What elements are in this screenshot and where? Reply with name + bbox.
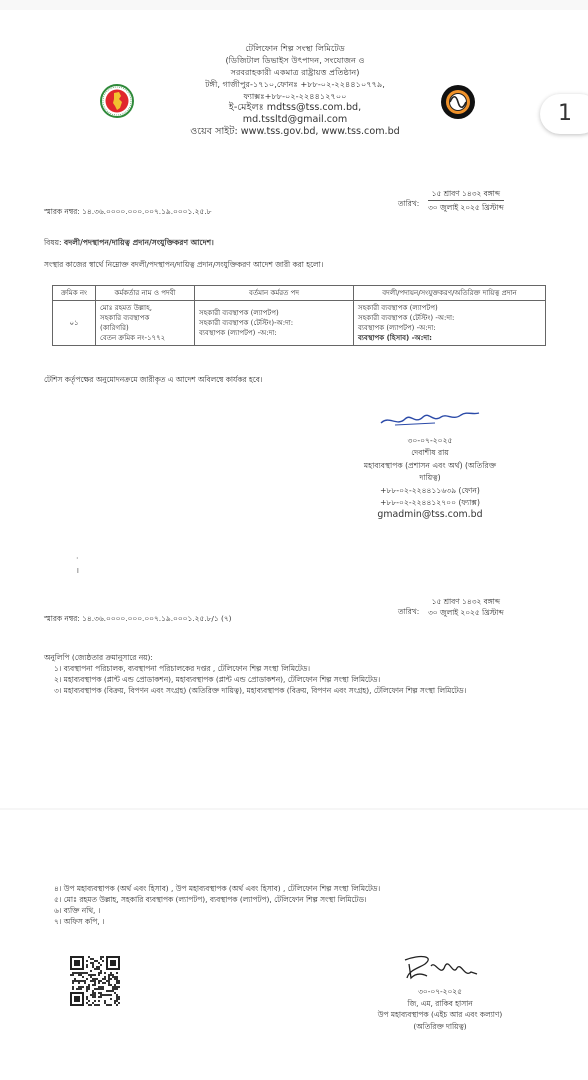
stray-dot: ·	[76, 553, 79, 565]
name-line: সহকারি ব্যবস্থাপক	[100, 313, 190, 323]
date-english: ৩০ জুলাই ২০২৫ খ্রিস্টাব্দ	[428, 202, 504, 213]
name-line: মোঃ রহমত উল্লাহ,	[100, 303, 190, 313]
copy-date-english: ৩০ জুলাই ২০২৫ খ্রিস্টাব্দ	[428, 607, 504, 618]
header-new: বদলী/পদায়ন/সংযুক্তকরণ/অতিরিক্ত দায়িত্ব…	[354, 286, 546, 301]
subject-text: বদলী/পদস্থাপন/দায়িত্ব প্রদান/সংযুক্তিকর…	[64, 238, 214, 247]
posting-table: ক্রমিক নং কর্মকর্তার নাম ও পদবী বর্তমান …	[52, 285, 546, 346]
date-bangla: ১৫ শ্রাবণ ১৪৩২ বঙ্গাব্দ	[428, 188, 504, 199]
list-item: ৫। মোঃ রহমত উল্লাহ, সহকারি ব্যবস্থাপক (ল…	[44, 894, 564, 905]
cell-name: মোঃ রহমত উল্লাহ, সহকারি ব্যবস্থাপক (কারি…	[96, 301, 195, 346]
effect-note: টেশিস কর্তৃপক্ষের অনুমোদনক্রমে জারীকৃত এ…	[44, 374, 263, 385]
copy-date-bangla: ১৫ শ্রাবণ ১৪৩২ বঙ্গাব্দ	[428, 596, 504, 607]
signature-1-icon	[375, 405, 485, 431]
list-item: ১। ব্যবস্থাপনা পরিচালক, ব্যবস্থাপনা পরিচ…	[44, 663, 564, 674]
header-current: বর্তমান কর্মরত পদ	[195, 286, 354, 301]
org-website: ওয়েব সাইট: www.tss.gov.bd, www.tss.com.…	[170, 126, 420, 138]
cc-list: অনুলিপি (জ্যেষ্ঠতার ক্রমানুসারে নয়): ১।…	[44, 652, 564, 696]
new-line: ব্যবস্থাপক (ল্যাপটপ) -অ:দা:	[358, 323, 541, 333]
list-item: ২। মহাব্যবস্থাপক (প্লান্ট এন্ড প্রোডাকশন…	[44, 674, 564, 685]
signatory-2-name: জি, এম, রাকিব হাসান	[340, 998, 540, 1010]
copy-date-label: তারিখ:	[398, 606, 419, 617]
signatory-1-fax: +৮৮-০২-২২৪৪১২৭০০ (ফ্যাক্স)	[330, 497, 530, 509]
signatory-2-block: ৩০-০৭-২০২৫ জি, এম, রাকিব হাসান উপ মহাব্য…	[340, 952, 540, 1032]
signatory-1-block: ৩০-০৭-২০২৫ দেবাশীষ রায় মহাব্যবস্থাপক (প…	[330, 405, 530, 522]
new-line: সহকারী ব্যবস্থাপক (টেস্টিং) -অ:দা:	[358, 313, 541, 323]
org-fax: ফ্যাক্সঃ+৮৮-০২-২২৪৪১২৭০০	[170, 90, 420, 102]
list-item: ৬। ব্যক্তি নথি, ।	[44, 905, 564, 916]
name-line: বেতন ক্রমিক নং-১৭৭২	[100, 333, 190, 343]
memo-number: স্মারক নম্বর: ১৪.৩৬.০০০০.০০০.০০৭.১৯.০০০১…	[44, 206, 211, 217]
table-row: ০১ মোঃ রহমত উল্লাহ, সহকারি ব্যবস্থাপক (ক…	[53, 301, 546, 346]
letterhead: টেলিফোন শিল্প সংস্থা লিমিটেড (ডিজিটাল ডি…	[170, 42, 420, 138]
page-number-indicator: 1	[540, 94, 588, 134]
stray-bar: ।	[76, 565, 79, 577]
cc-heading: অনুলিপি (জ্যেষ্ঠতার ক্রমানুসারে নয়):	[44, 652, 564, 663]
cell-new: সহকারী ব্যবস্থাপক (ল্যাপটপ) সহকারী ব্যবস…	[354, 301, 546, 346]
copy-memo-value: ১৪.৩৬.০০০০.০০০.০০৭.১৯.০০০১.২৫.৮/১ (৭)	[82, 614, 231, 623]
stray-marks: · ।	[76, 553, 79, 577]
org-email-2: md.tssltd@gmail.com	[170, 114, 420, 126]
org-desc-1: (ডিজিটাল ডিভাইস উৎপাদন, সংযোজন ও	[170, 54, 420, 66]
cell-serial: ০১	[53, 301, 96, 346]
viewer-top-bar	[0, 0, 588, 10]
signatory-1-date: ৩০-০৭-২০২৫	[330, 435, 530, 447]
list-item: ৭। অফিস কপি, ।	[44, 916, 564, 927]
org-name: টেলিফোন শিল্প সংস্থা লিমিটেড	[170, 42, 420, 54]
document-page-2	[0, 810, 588, 1080]
memo-label: স্মারক নম্বর:	[44, 207, 80, 216]
government-seal-logo	[100, 84, 134, 118]
intro-text: সংস্থার কাজের স্বার্থে নিম্নোক্ত বদলী/পদ…	[44, 259, 323, 270]
list-item: ৪। উপ মহাব্যবস্থাপক (অর্থ এবং হিসাব) , উ…	[44, 883, 564, 894]
header-serial: ক্রমিক নং	[53, 286, 96, 301]
signatory-1-email: gmadmin@tss.com.bd	[330, 509, 530, 521]
subject-line: বিষয়: বদলী/পদস্থাপন/দায়িত্ব প্রদান/সংয…	[44, 237, 214, 248]
copy-memo-label: স্মারক নম্বর:	[44, 614, 80, 623]
date-block: ১৫ শ্রাবণ ১৪৩২ বঙ্গাব্দ ৩০ জুলাই ২০২৫ খ্…	[428, 188, 504, 213]
signatory-2-designation-cont: (অতিরিক্ত দায়িত্ব)	[340, 1021, 540, 1033]
subject-label: বিষয়:	[44, 238, 62, 247]
signatory-1-phone: +৮৮-০২-২২৪৪১১৬৩৯ (ফোন)	[330, 485, 530, 497]
table-header-row: ক্রমিক নং কর্মকর্তার নাম ও পদবী বর্তমান …	[53, 286, 546, 301]
signature-2-icon	[395, 952, 485, 982]
new-line-bold: ব্যবস্থাপক (হিসাব) -অ:দা:	[358, 333, 541, 343]
tss-logo	[440, 84, 476, 120]
new-line: সহকারী ব্যবস্থাপক (ল্যাপটপ)	[358, 303, 541, 313]
copy-memo-number: স্মারক নম্বর: ১৪.৩৬.০০০০.০০০.০০৭.১৯.০০০১…	[44, 613, 232, 624]
signatory-1-name: দেবাশীষ রায়	[330, 447, 530, 459]
current-line: সহকারী ব্যবস্থাপক (ল্যাপটপ)	[199, 308, 349, 318]
header-name: কর্মকর্তার নাম ও পদবী	[96, 286, 195, 301]
signatory-1-designation-cont: দায়িত্ব)	[330, 472, 530, 484]
signatory-2-designation: উপ মহাব্যবস্থাপক (এইচ আর এবং কল্যাণ)	[340, 1009, 540, 1021]
cc-list-continued: ৪। উপ মহাব্যবস্থাপক (অর্থ এবং হিসাব) , উ…	[44, 883, 564, 927]
org-address-phone: টঙ্গী, গাজীপুর-১৭১০,ফোনঃ +৮৮-০২-২২৪৪১০৭৭…	[170, 78, 420, 90]
copy-date-block: ১৫ শ্রাবণ ১৪৩২ বঙ্গাব্দ ৩০ জুলাই ২০২৫ খ্…	[428, 596, 504, 618]
date-label: তারিখ:	[398, 198, 419, 209]
cell-current: সহকারী ব্যবস্থাপক (ল্যাপটপ) সহকারী ব্যবস…	[195, 301, 354, 346]
org-desc-2: সরবরাহকারী একমাত্র রাষ্ট্রায়ত্ত প্রতিষ্…	[170, 66, 420, 78]
date-separator	[428, 200, 504, 201]
qr-code-icon	[70, 956, 120, 1006]
current-line: ব্যবস্থাপক (ল্যাপটপ) -অ:দা:	[199, 328, 349, 338]
signatory-2-date: ৩০-০৭-২০২৫	[340, 986, 540, 998]
list-item: ৩। মহাব্যবস্থাপক (বিক্রয়, বিপণন এবং সংগ…	[44, 685, 564, 696]
name-line: (কারিগরি)	[100, 323, 190, 333]
current-line: সহকারী ব্যবস্থাপক (টেস্টিং)-অ:দা:	[199, 318, 349, 328]
org-email-1: ই-মেইলঃ mdtss@tss.com.bd,	[170, 102, 420, 114]
signatory-1-designation: মহাব্যবস্থাপক (প্রশাসন এবং অর্থ) (অতিরিক…	[330, 460, 530, 472]
memo-value: ১৪.৩৬.০০০০.০০০.০০৭.১৯.০০০১.২৫.৮	[82, 207, 211, 216]
